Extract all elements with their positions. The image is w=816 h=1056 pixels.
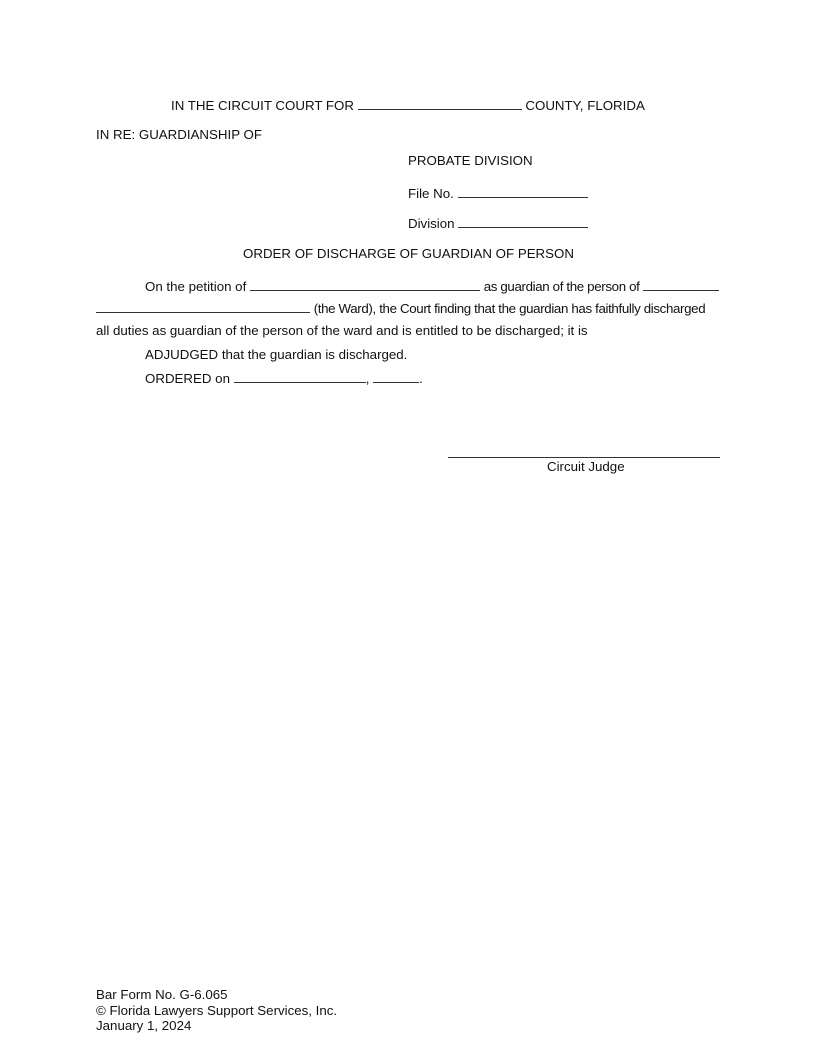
petition-prefix: On the petition of [145,279,246,294]
ordered-prefix: ORDERED on [145,371,230,386]
ordered-date-field[interactable] [234,370,366,383]
ordered-clause: ORDERED on , . [145,370,423,387]
body-line-2: (the Ward), the Court finding that the g… [96,300,705,317]
file-no-row: File No. [408,185,588,202]
judge-signature-label: Circuit Judge [547,459,625,475]
division-field[interactable] [458,215,588,228]
county-field[interactable] [358,97,522,110]
ward-name-field-part2[interactable] [96,300,310,313]
in-re-caption: IN RE: GUARDIANSHIP OF [96,127,262,143]
guardian-of-text: as guardian of the person of [484,279,640,294]
file-no-field[interactable] [458,185,588,198]
court-caption-suffix: COUNTY, FLORIDA [525,98,644,113]
ward-name-field-part1[interactable] [643,278,719,291]
judge-signature-line[interactable] [448,457,720,458]
body-line-3: all duties as guardian of the person of … [96,323,588,339]
court-caption-prefix: IN THE CIRCUIT COURT FOR [171,98,354,113]
adjudged-clause: ADJUDGED that the guardian is discharged… [145,347,407,363]
body-line-1: On the petition of as guardian of the pe… [145,278,719,295]
probate-division-label: PROBATE DIVISION [408,153,533,169]
form-footer: Bar Form No. G-6.065 © Florida Lawyers S… [96,987,337,1034]
document-title: ORDER OF DISCHARGE OF GUARDIAN OF PERSON [243,246,574,262]
form-number: Bar Form No. G-6.065 [96,987,337,1003]
ordered-period: . [419,371,423,386]
ordered-comma: , [366,371,370,386]
ordered-year-field[interactable] [373,370,419,383]
petitioner-field[interactable] [250,278,480,291]
court-caption: IN THE CIRCUIT COURT FOR COUNTY, FLORIDA [171,97,645,114]
ward-finding-text: (the Ward), the Court finding that the g… [314,301,706,316]
file-no-label: File No. [408,186,454,201]
form-date: January 1, 2024 [96,1018,337,1034]
division-row: Division [408,215,588,232]
division-label: Division [408,216,455,231]
copyright-notice: © Florida Lawyers Support Services, Inc. [96,1003,337,1019]
